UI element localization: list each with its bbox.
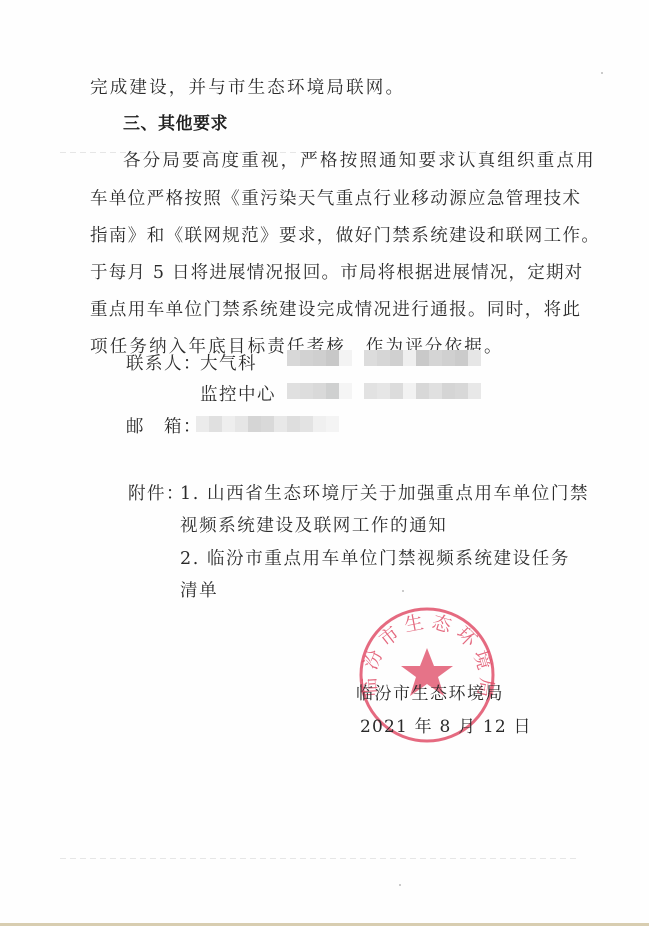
scan-speck [402,590,404,592]
redacted-contact-name [287,350,352,366]
redacted-email [196,416,339,432]
contacts-label: 联系人： [126,353,202,375]
attachment-item-2-line-1: 2. 临汾市重点用车单位门禁视频系统建设任务 [180,548,570,570]
attachment-item-1-line-2: 视频系统建设及联网工作的通知 [180,515,447,537]
scan-artifact-line [60,858,580,859]
document-page: 完成建设，并与市生态环境局联网。 三、其他要求 各分局要高度重视，严格按照通知要… [0,0,649,926]
attachments-label: 附件： [128,483,185,505]
continuation-line: 完成建设，并与市生态环境局联网。 [90,77,405,99]
paragraph-line: 指南》和《联网规范》要求，做好门禁系统建设和联网工作。 [90,225,600,247]
issuer-signature: 临汾市生态环境局 [356,683,504,705]
paragraph-line: 于每月 5 日将进展情况报回。市局将根据进展情况，定期对 [90,262,583,284]
issue-date: 2021 年 8 月 12 日 [360,716,532,738]
section-heading: 三、其他要求 [123,113,228,135]
paragraph-line: 车单位严格按照《重污染天气重点行业移动源应急管理技术 [90,188,581,210]
redacted-contact-phone [364,350,481,366]
scan-speck [399,884,401,886]
attachment-item-1-line-1: 1. 山西省生态环境厅关于加强重点用车单位门禁 [180,483,589,505]
redacted-contact-phone [364,383,481,399]
redacted-contact-name [287,383,352,399]
contact-department: 大气科 [200,353,257,375]
paragraph-line: 重点用车单位门禁系统建设完成情况进行通报。同时，将此 [90,299,581,321]
scan-speck [601,72,603,74]
contact-department: 监控中心 [200,384,276,406]
attachment-item-2-line-2: 清单 [180,580,218,602]
paragraph-line: 各分局要高度重视，严格按照通知要求认真组织重点用 [123,150,596,172]
email-label: 邮 箱： [126,416,202,438]
